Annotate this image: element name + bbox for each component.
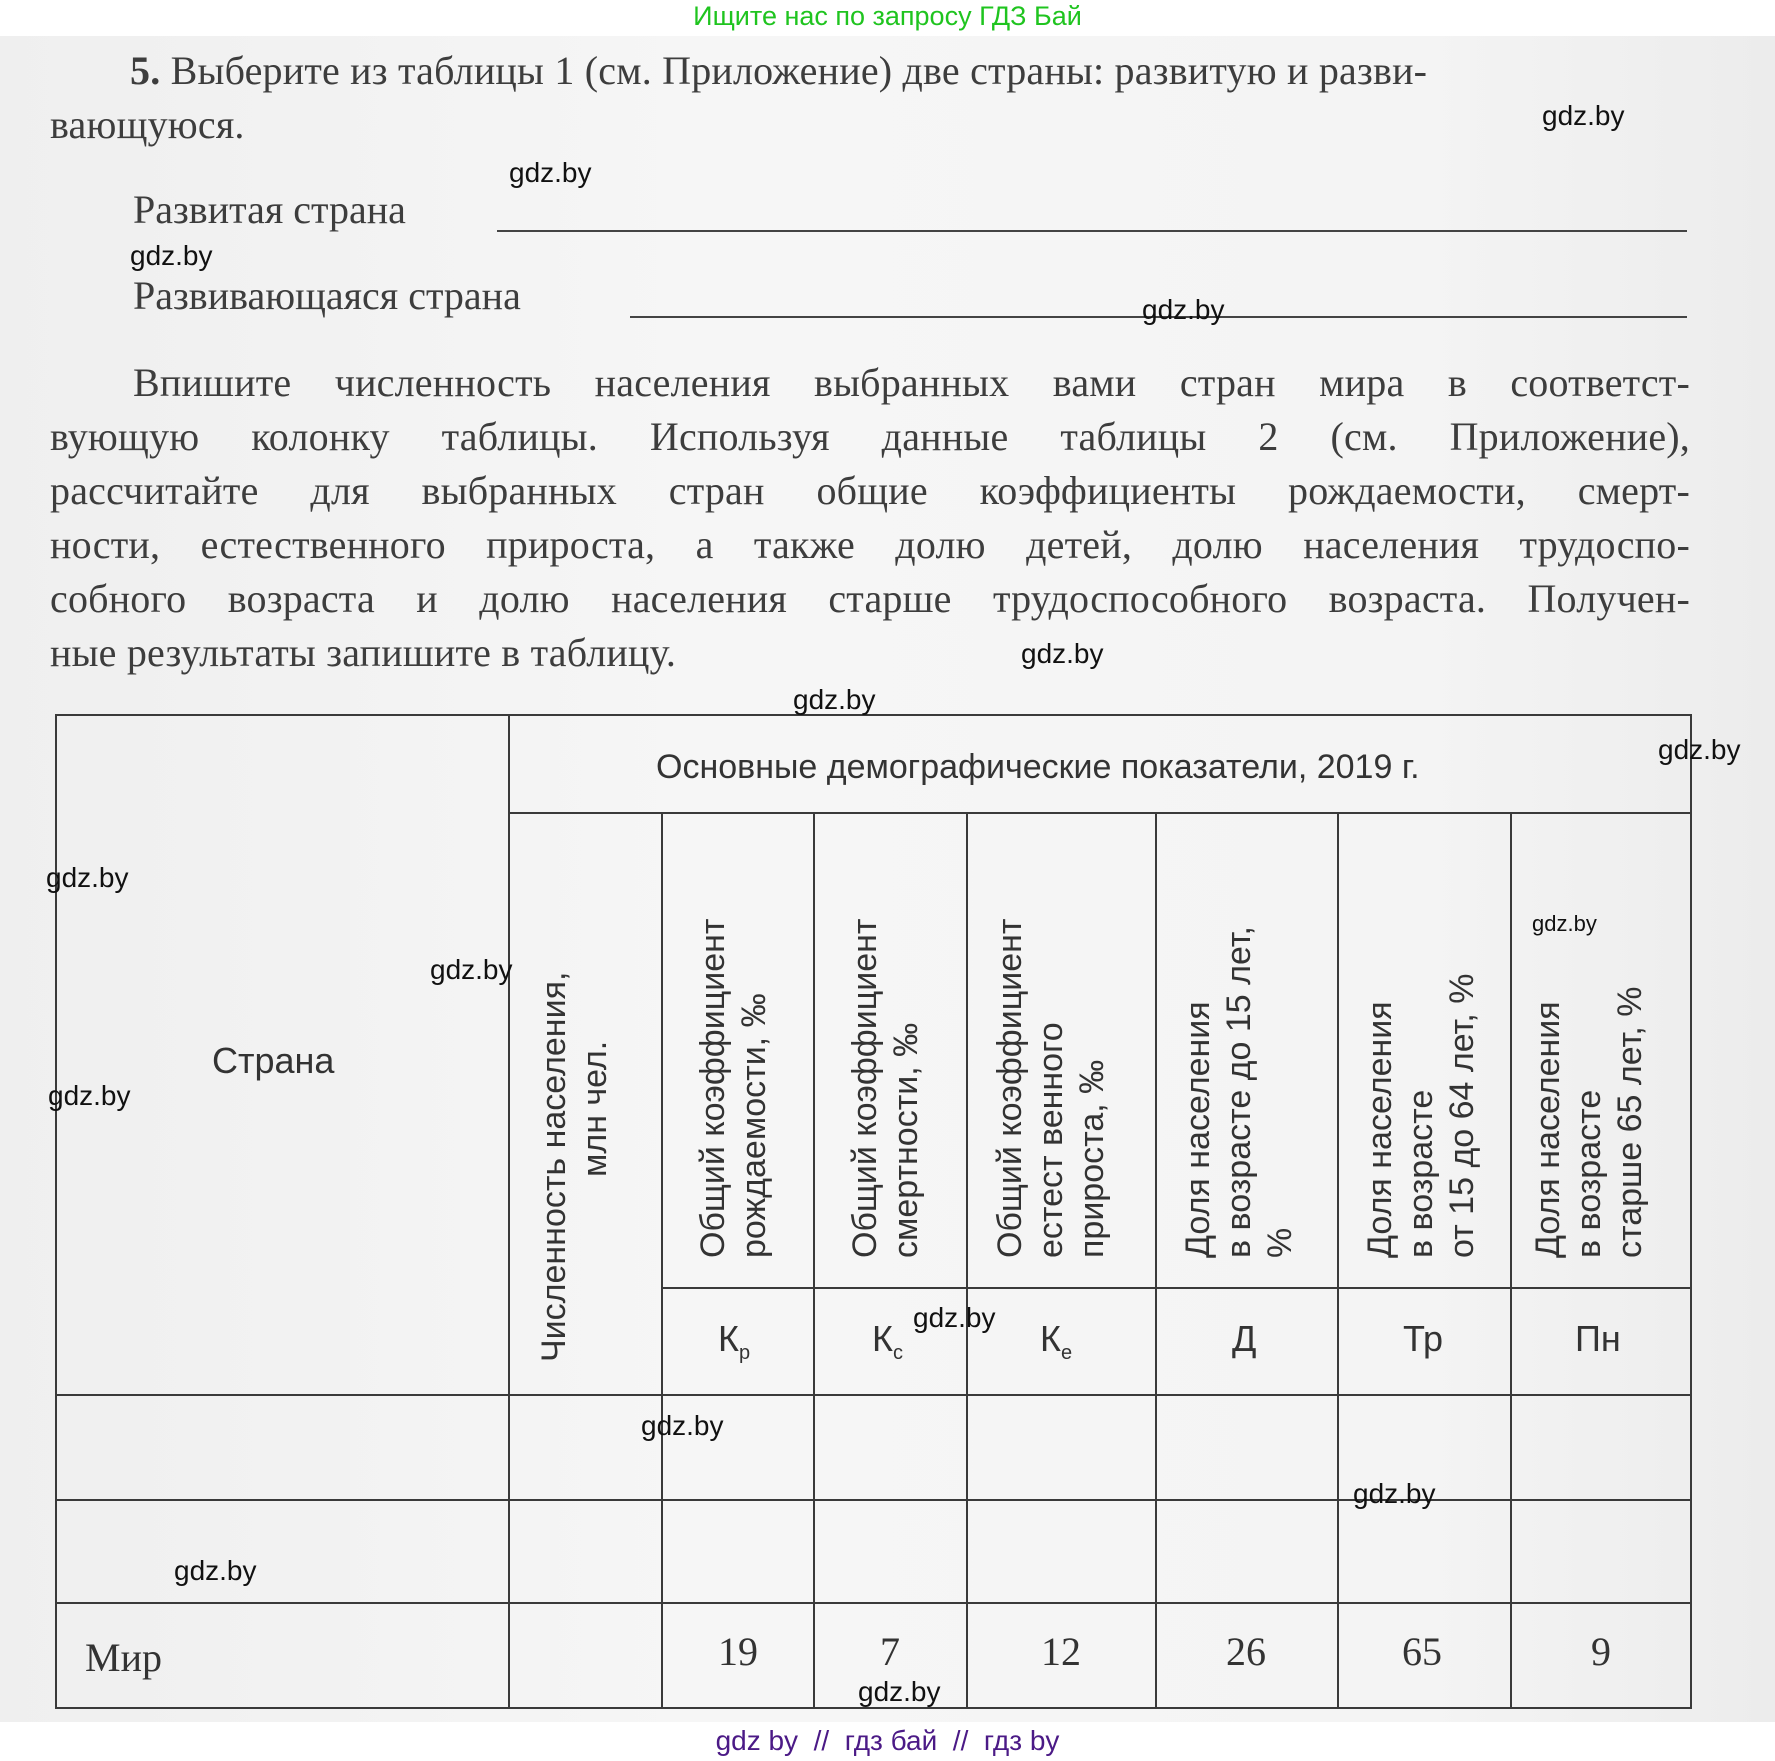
- header-country: Страна: [212, 1040, 334, 1082]
- watermark: gdz.by: [1658, 734, 1741, 766]
- developed-country-input[interactable]: [497, 230, 1687, 232]
- task-intro-line2: вающуюся.: [50, 98, 245, 152]
- header-line: Общий коэффициент: [990, 918, 1031, 1258]
- world-share-post-working: 9: [1591, 1628, 1611, 1675]
- header-line: естест венного: [1031, 918, 1072, 1258]
- header-line: прироста, ‰: [1072, 918, 1113, 1258]
- header-birth-rate: Общий коэффициент рождаемости, ‰: [693, 918, 775, 1258]
- header-line: от 15 до 64 лет, %: [1442, 974, 1483, 1258]
- header-line: в возрасте до 15 лет,: [1219, 926, 1260, 1258]
- col-divider: [1337, 812, 1339, 1709]
- symbol-death-rate: Кс: [872, 1318, 903, 1365]
- symbol-children: Д: [1232, 1318, 1256, 1360]
- world-death-rate: 7: [880, 1628, 900, 1675]
- watermark: gdz.by: [130, 240, 213, 272]
- watermark: gdz.by: [793, 684, 876, 716]
- instructions-line-1: вующую колонку таблицы. Используя данные…: [50, 410, 1690, 464]
- header-share-15-64: Доля населения в возрасте от 15 до 64 ле…: [1360, 974, 1483, 1258]
- symbol-row-divider: [661, 1287, 1692, 1289]
- developed-country-label: Развитая страна: [133, 186, 406, 233]
- watermark: gdz.by: [858, 1676, 941, 1708]
- header-death-rate: Общий коэффициент смертности, ‰: [845, 918, 927, 1258]
- watermark: gdz.by: [48, 1080, 131, 1112]
- col-divider: [813, 812, 815, 1709]
- header-line: в возрасте: [1401, 974, 1442, 1258]
- header-natural-growth: Общий коэффициент естест венного прирост…: [990, 918, 1113, 1258]
- instructions-line-3: ности, естественного прироста, а также д…: [50, 518, 1690, 572]
- row1-country-cell[interactable]: [57, 1396, 508, 1499]
- developing-country-label: Развивающаяся страна: [133, 272, 521, 319]
- watermark: gdz.by: [430, 954, 513, 986]
- watermark: gdz.by: [1021, 638, 1104, 670]
- task-intro-line1: Выберите из таблицы 1 (см. Приложение) д…: [171, 48, 1428, 93]
- row1-population-cell[interactable]: [510, 1396, 661, 1499]
- watermark: gdz.by: [1142, 294, 1225, 326]
- task-number: 5.: [130, 48, 160, 93]
- bottom-banner-text: gdz by // гдз бай // гдз by: [716, 1725, 1060, 1756]
- instructions-line-5: ные результаты запишите в таблицу.: [50, 626, 676, 680]
- watermark: gdz.by: [1353, 1478, 1436, 1510]
- table-border-right: [1690, 714, 1692, 1709]
- header-share-over-65: Доля населения в возрасте старше 65 лет,…: [1528, 987, 1651, 1258]
- symbol-post-working: Пн: [1575, 1318, 1621, 1360]
- world-natural-growth: 12: [1041, 1628, 1081, 1675]
- header-line: Доля населения: [1360, 974, 1401, 1258]
- watermark: gdz.by: [1532, 911, 1597, 937]
- watermark: gdz.by: [174, 1555, 257, 1587]
- header-population-line1: Численность населения,: [534, 972, 575, 1362]
- row-world-country: Мир: [85, 1634, 162, 1681]
- instructions-line-4: собного возраста и долю населения старше…: [50, 572, 1690, 626]
- header-line: смертности, ‰: [886, 918, 927, 1258]
- row2-population-cell[interactable]: [510, 1501, 661, 1602]
- instructions-line-2: рассчитайте для выбранных стран общие ко…: [50, 464, 1690, 518]
- col-divider: [966, 812, 968, 1709]
- header-line: Общий коэффициент: [693, 918, 734, 1258]
- header-line: в возрасте: [1569, 987, 1610, 1258]
- watermark: gdz.by: [913, 1302, 996, 1334]
- world-birth-rate: 19: [718, 1628, 758, 1675]
- world-share-working-age: 65: [1402, 1628, 1442, 1675]
- header-line: старше 65 лет, %: [1610, 987, 1651, 1258]
- bottom-banner: gdz by // гдз бай // гдз by: [0, 1722, 1775, 1761]
- task-intro: 5. Выберите из таблицы 1 (см. Приложение…: [50, 44, 1690, 98]
- watermark: gdz.by: [1542, 100, 1625, 132]
- watermark: gdz.by: [509, 157, 592, 189]
- top-banner: Ищите нас по запросу ГДЗ Бай: [0, 0, 1775, 36]
- col-divider: [661, 812, 663, 1709]
- header-share-under-15: Доля населения в возрасте до 15 лет, %: [1178, 926, 1301, 1258]
- header-line: Общий коэффициент: [845, 918, 886, 1258]
- header-line: рождаемости, ‰: [734, 918, 775, 1258]
- row-divider: [55, 1602, 1692, 1604]
- header-line: %: [1260, 926, 1301, 1258]
- symbol-birth-rate: Кр: [718, 1318, 750, 1365]
- header-population: Численность населения, млн чел.: [534, 972, 616, 1362]
- watermark: gdz.by: [641, 1410, 724, 1442]
- symbol-working-age: Тр: [1403, 1318, 1443, 1360]
- group-header-divider: [508, 812, 1692, 814]
- header-line: Доля населения: [1528, 987, 1569, 1258]
- col-divider: [1510, 812, 1512, 1709]
- header-population-line2: млн чел.: [575, 972, 616, 1362]
- col-divider: [1155, 812, 1157, 1709]
- symbol-natural-growth: Ке: [1040, 1318, 1072, 1365]
- world-share-children: 26: [1226, 1628, 1266, 1675]
- instructions-line-0: Впишите численность населения выбранных …: [50, 356, 1690, 410]
- header-group-title: Основные демографические показатели, 201…: [656, 748, 1420, 787]
- top-banner-text: Ищите нас по запросу ГДЗ Бай: [693, 1, 1082, 31]
- row2-country-cell[interactable]: [57, 1501, 508, 1602]
- header-line: Доля населения: [1178, 926, 1219, 1258]
- watermark: gdz.by: [46, 862, 129, 894]
